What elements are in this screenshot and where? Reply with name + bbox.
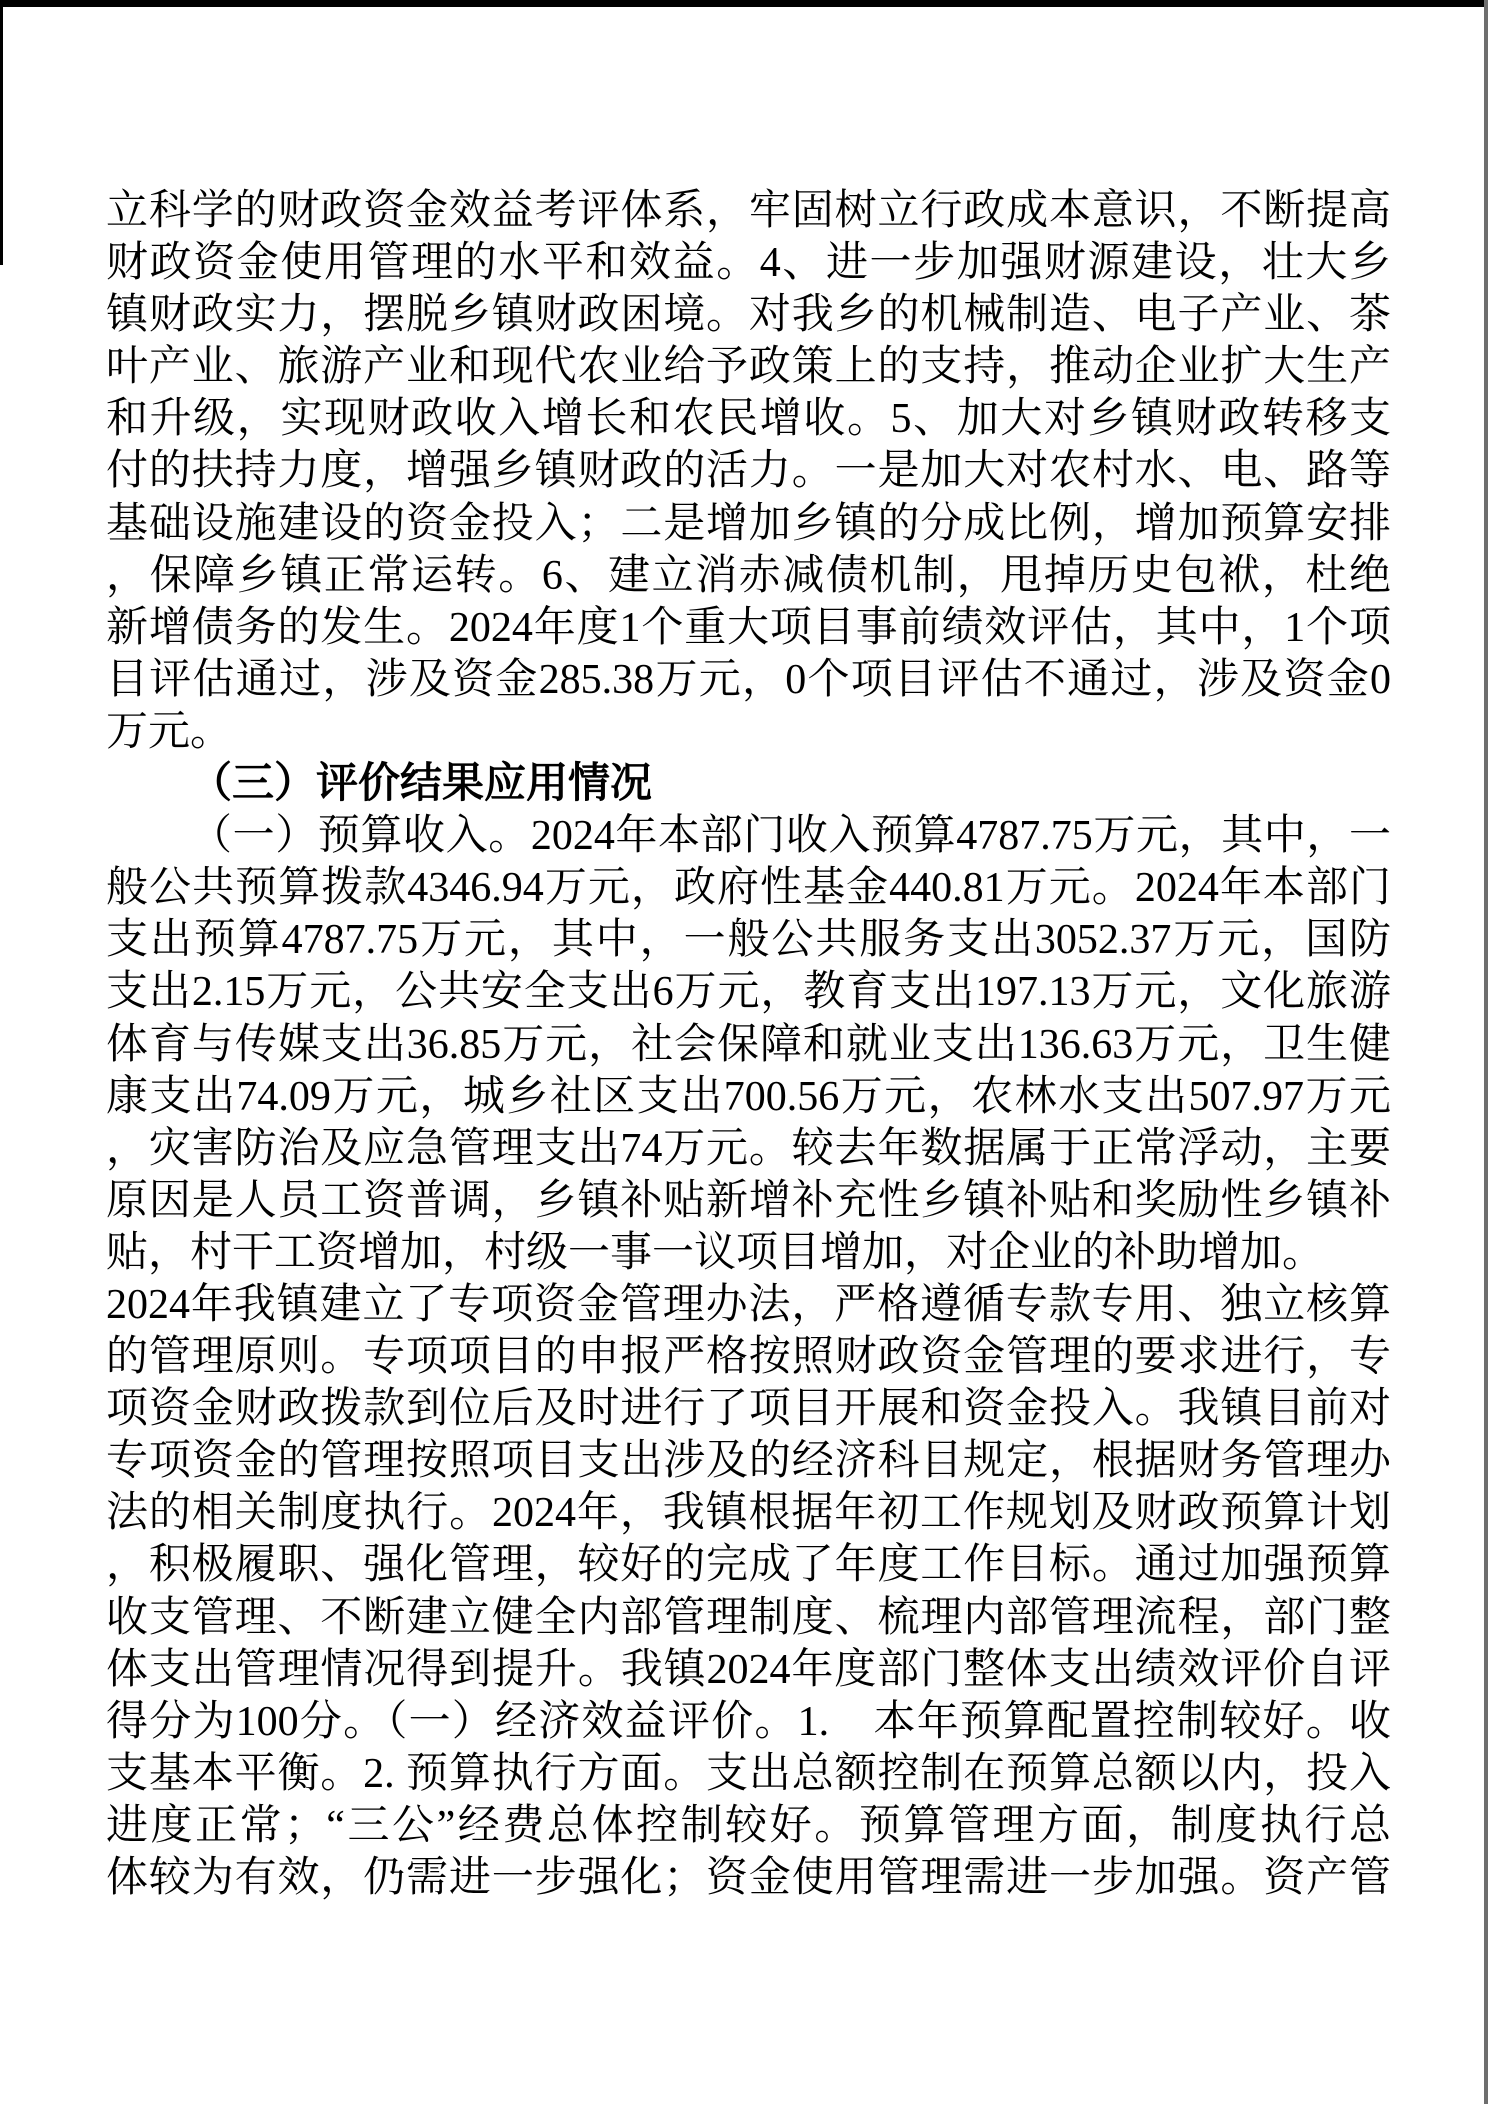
text-line: 新增债务的发生。2024年度1个重大项目事前绩效评估，其中，1个项 <box>106 602 1391 654</box>
section-heading: （三）评价结果应用情况 <box>106 758 1391 810</box>
text-line: 项资金财政拨款到位后及时进行了项目开展和资金投入。我镇目前对 <box>106 1383 1391 1435</box>
text-line: 体支出管理情况得到提升。我镇2024年度部门整体支出绩效评价自评 <box>106 1644 1391 1696</box>
text-line: 支出2.15万元，公共安全支出6万元，教育支出197.13万元，文化旅游 <box>106 966 1391 1018</box>
text-line: 支出预算4787.75万元，其中，一般公共服务支出3052.37万元，国防 <box>106 914 1391 966</box>
scan-edge-top <box>0 0 1488 7</box>
text-line: 得分为100分。（一）经济效益评价。1. 本年预算配置控制较好。收 <box>106 1696 1391 1748</box>
text-line: 和升级，实现财政收入增长和农民增收。5、加大对乡镇财政转移支 <box>106 393 1391 445</box>
text-line: 般公共预算拨款4346.94万元，政府性基金440.81万元。2024年本部门 <box>106 862 1391 914</box>
text-line: 目评估通过，涉及资金285.38万元，0个项目评估不通过，涉及资金0 <box>106 654 1391 706</box>
text-line: 专项资金的管理按照项目支出涉及的经济科目规定，根据财务管理办 <box>106 1435 1391 1487</box>
text-line: 体较为有效，仍需进一步强化；资金使用管理需进一步加强。资产管 <box>106 1852 1391 1904</box>
scan-edge-right <box>1484 0 1488 2104</box>
text-line: 基础设施建设的资金投入；二是增加乡镇的分成比例，增加预算安排 <box>106 498 1391 550</box>
text-line: 付的扶持力度，增强乡镇财政的活力。一是加大对农村水、电、路等 <box>106 445 1391 497</box>
text-line: 立科学的财政资金效益考评体系，牢固树立行政成本意识，不断提高 <box>106 185 1391 237</box>
text-line: 法的相关制度执行。2024年，我镇根据年初工作规划及财政预算计划 <box>106 1487 1391 1539</box>
text-line: 叶产业、旅游产业和现代农业给予政策上的支持，推动企业扩大生产 <box>106 341 1391 393</box>
text-line: 体育与传媒支出36.85万元，社会保障和就业支出136.63万元，卫生健 <box>106 1019 1391 1071</box>
document-text-block: 立科学的财政资金效益考评体系，牢固树立行政成本意识，不断提高 财政资金使用管理的… <box>106 185 1391 1904</box>
text-line: ，积极履职、强化管理，较好的完成了年度工作目标。通过加强预算 <box>106 1539 1391 1591</box>
text-line: 原因是人员工资普调，乡镇补贴新增补充性乡镇补贴和奖励性乡镇补 <box>106 1175 1391 1227</box>
text-line: 进度正常；“三公”经费总体控制较好。预算管理方面，制度执行总 <box>106 1800 1391 1852</box>
text-line: 万元。 <box>106 706 1391 758</box>
text-line: 2024年我镇建立了专项资金管理办法，严格遵循专款专用、独立核算 <box>106 1279 1391 1331</box>
text-line: 贴，村干工资增加，村级一事一议项目增加，对企业的补助增加。 <box>106 1227 1391 1279</box>
scan-edge-left <box>0 0 3 265</box>
text-line: ，保障乡镇正常运转。6、建立消赤减债机制，甩掉历史包袱，杜绝 <box>106 550 1391 602</box>
text-line: 收支管理、不断建立健全内部管理制度、梳理内部管理流程，部门整 <box>106 1592 1391 1644</box>
text-line: 康支出74.09万元，城乡社区支出700.56万元，农林水支出507.97万元 <box>106 1071 1391 1123</box>
text-line: 支基本平衡。2. 预算执行方面。支出总额控制在预算总额以内，投入 <box>106 1748 1391 1800</box>
text-line: 的管理原则。专项项目的申报严格按照财政资金管理的要求进行，专 <box>106 1331 1391 1383</box>
text-line: ，灾害防治及应急管理支出74万元。较去年数据属于正常浮动，主要 <box>106 1123 1391 1175</box>
text-line: 财政资金使用管理的水平和效益。4、进一步加强财源建设，壮大乡 <box>106 237 1391 289</box>
document-page: 立科学的财政资金效益考评体系，牢固树立行政成本意识，不断提高 财政资金使用管理的… <box>0 0 1488 2104</box>
text-line: 镇财政实力，摆脱乡镇财政困境。对我乡的机械制造、电子产业、茶 <box>106 289 1391 341</box>
text-line: （一）预算收入。2024年本部门收入预算4787.75万元，其中，一 <box>106 810 1391 862</box>
